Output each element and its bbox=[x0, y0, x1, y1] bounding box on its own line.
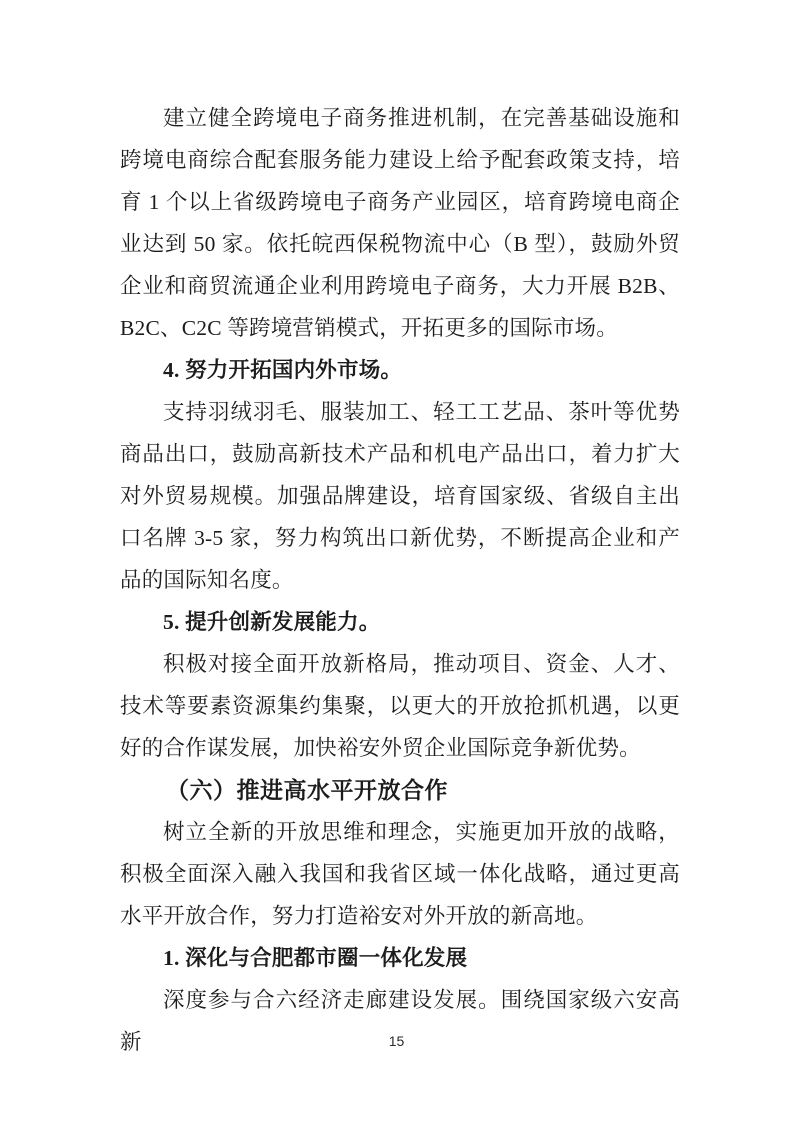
paragraph: 建立健全跨境电子商务推进机制，在完善基础设施和跨境电商综合配套服务能力建设上给予… bbox=[120, 97, 680, 349]
heading-sub: 4. 努力开拓国内外市场。 bbox=[120, 349, 680, 391]
paragraph: 支持羽绒羽毛、服装加工、轻工工艺品、茶叶等优势商品出口，鼓励高新技术产品和机电产… bbox=[120, 391, 680, 601]
document-body: 建立健全跨境电子商务推进机制，在完善基础设施和跨境电商综合配套服务能力建设上给予… bbox=[120, 97, 680, 1063]
paragraph: 树立全新的开放思维和理念，实施更加开放的战略，积极全面深入融入我国和我省区域一体… bbox=[120, 811, 680, 937]
page-number: 15 bbox=[0, 1032, 793, 1050]
heading-sub: 1. 深化与合肥都市圈一体化发展 bbox=[120, 937, 680, 979]
paragraph: 深度参与合六经济走廊建设发展。围绕国家级六安高新 bbox=[120, 979, 680, 1063]
heading-section: （六）推进高水平开放合作 bbox=[120, 769, 680, 811]
document-page: 建立健全跨境电子商务推进机制，在完善基础设施和跨境电商综合配套服务能力建设上给予… bbox=[0, 0, 793, 1122]
heading-sub: 5. 提升创新发展能力。 bbox=[120, 601, 680, 643]
paragraph: 积极对接全面开放新格局，推动项目、资金、人才、技术等要素资源集约集聚，以更大的开… bbox=[120, 643, 680, 769]
